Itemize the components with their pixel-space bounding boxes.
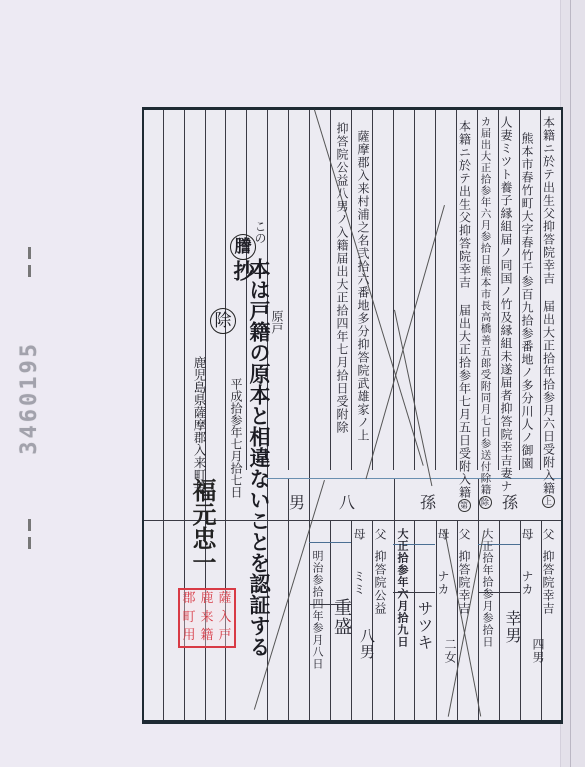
father-name: 抑答院幸吉 [458,550,470,615]
page-fold-line [570,0,571,767]
band-label-grandchild: 孫 [502,490,518,513]
band-label-grandchild: 孫 [420,490,436,513]
grid-line [372,110,373,470]
mother-name: ミミ [353,570,365,596]
strike-diagonal [365,205,445,479]
record-column: 本籍ニ於テ出生父抑答院幸吉 届出大正拾参年七月五日受附入籍第 [458,120,471,512]
circled-removed: 除 [210,308,236,334]
father-label: 父 [374,528,386,541]
record-column: 本籍ニ於テ出生父抑答院幸吉 届出大正拾年拾参月六日受附入籍上 [542,116,555,508]
father-name: 抑答院幸吉 [542,550,554,615]
cert-issuer: 鹿児島県薩摩郡入来町長 [190,356,208,494]
perforation-mark [28,247,31,259]
perforation-mark [28,537,31,549]
person-name: 幸男 [504,610,520,644]
grid-line [499,520,500,720]
grid-line [393,110,394,470]
father-label: 父 [542,528,554,541]
person-name: 重盛 [332,598,350,636]
birth-date: 大正拾年拾参月参拾日 [482,528,493,648]
grid-line [351,110,352,470]
family-register-sheet: 本籍ニ於テ出生父抑答院幸吉 届出大正拾年拾参月六日受附入籍上 熊本市春竹町大字春… [142,107,563,724]
mother-label: 母 [353,528,365,541]
record-column: 薩摩郡入来村浦之名弐拾六番地多分抑答院武雄家ノ上 [357,130,369,442]
father-label: 父 [458,528,470,541]
circled-copy-type: 謄 [230,234,256,260]
grid-line [414,110,415,470]
mother-name: ナカ [521,570,533,596]
birth-order: 二女 [444,638,456,664]
cert-note-above: 原戸 [269,310,286,334]
official-red-seal: 郡 鹿 薩 町 来 入 用 籍 戸 [178,588,236,648]
person-name: サツキ [416,600,432,651]
perforation-mark [28,519,31,531]
perforation-mark [28,265,31,277]
record-column: 熊本市春竹町大字春竹千参百九拾参番地ノ多分川人ノ御園 [521,132,533,470]
page-edge [560,0,585,767]
band-label-eight: 八 [339,490,355,513]
cert-main-text: 本は戸籍の原本と相違ないことを認証する [248,258,270,657]
grid-line [435,110,436,470]
birth-order: 八男 [359,628,374,660]
mother-name: ナカ [437,570,449,596]
grid-line [436,520,437,720]
band-label-son: 男 [289,490,305,513]
mayor-name: 福元忠一 [184,478,219,574]
perforated-number: 3460195 [17,341,42,455]
birth-date: 明治参拾四年参月八日 [312,550,323,670]
grid-line [309,110,310,720]
cell-line [309,542,351,543]
cert-date: 平成拾参年七月拾七日 [228,378,245,498]
birth-date: 大正拾参年六月拾九日 [397,528,408,648]
mother-label: 母 [521,528,533,541]
birth-order: 四男 [532,638,544,664]
record-column: カ届出大正拾参年六月参拾日熊本市長高橋善五郎受附同月七日参送付除籍除 [479,116,492,509]
mother-label: 母 [437,528,449,541]
grid-line [477,110,478,470]
grid-line [478,478,479,720]
record-column: 人妻ミツト養子縁組届ノ同国ノ竹及縁組未遂届者抑答院幸吉妻ナ [500,116,512,493]
band-top-line [267,478,561,479]
father-name: 抑答院公益 [374,550,386,615]
grid-line [288,110,289,470]
grid-line [394,478,395,720]
record-column: 抑答院公益八男ノ入籍届出大正拾四年七月拾日受附除 [336,122,348,434]
perforated-margin: 3460195 [14,245,44,551]
grid-line [163,110,164,720]
